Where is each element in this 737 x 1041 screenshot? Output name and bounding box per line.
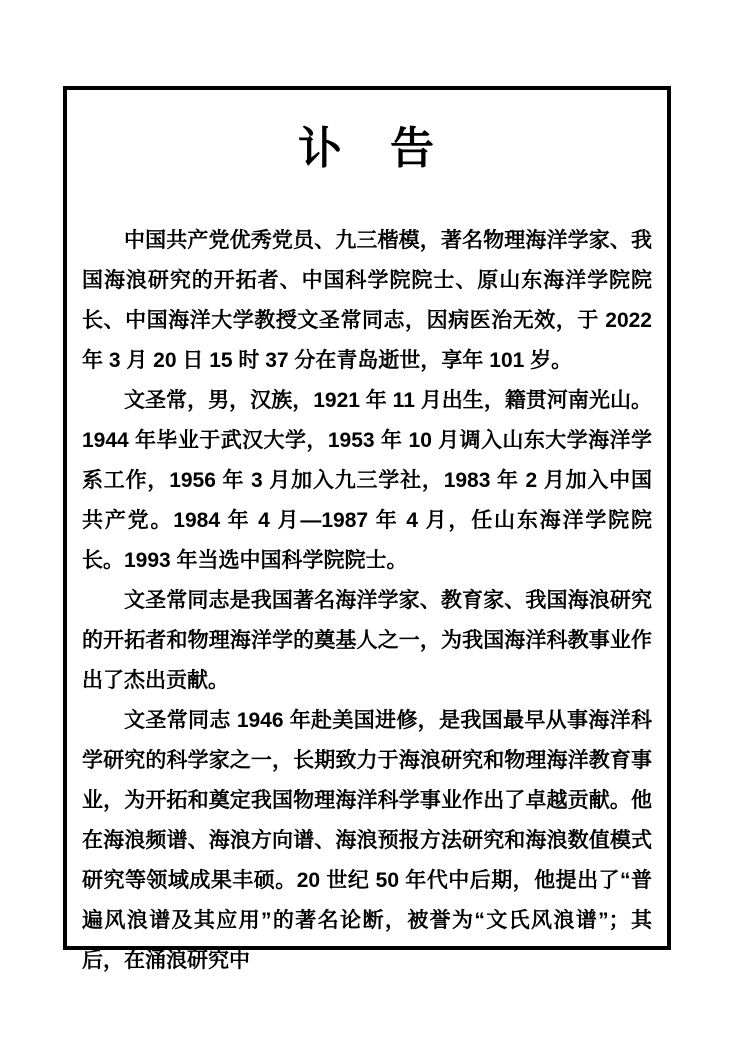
paragraph-1: 中国共产党优秀党员、九三楷模，著名物理海洋学家、我国海浪研究的开拓者、中国科学院… (82, 221, 652, 381)
paragraph-2: 文圣常，男，汉族，1921 年 11 月出生，籍贯河南光山。1944 年毕业于武… (82, 381, 652, 581)
notice-title: 讣 告 (82, 124, 652, 175)
page: 讣 告 中国共产党优秀党员、九三楷模，著名物理海洋学家、我国海浪研究的开拓者、中… (0, 0, 737, 1041)
paragraph-4: 文圣常同志 1946 年赴美国进修，是我国最早从事海洋科学研究的科学家之一，长期… (82, 701, 652, 981)
notice-content: 讣 告 中国共产党优秀党员、九三楷模，著名物理海洋学家、我国海浪研究的开拓者、中… (67, 90, 667, 981)
paragraph-3: 文圣常同志是我国著名海洋学家、教育家、我国海浪研究的开拓者和物理海洋学的奠基人之… (82, 581, 652, 701)
notice-border-frame: 讣 告 中国共产党优秀党员、九三楷模，著名物理海洋学家、我国海浪研究的开拓者、中… (63, 86, 671, 950)
